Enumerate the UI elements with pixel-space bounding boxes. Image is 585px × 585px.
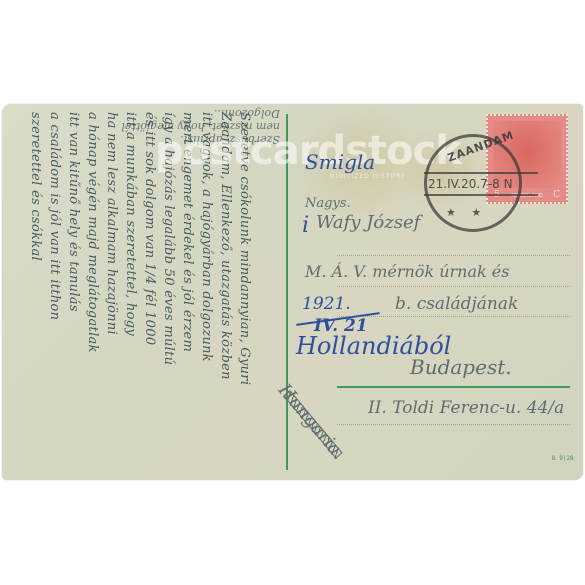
- address-line: [337, 424, 570, 425]
- message-line: a hónap végén majd meglátogatlak: [83, 112, 102, 474]
- message-line: a családom is jól van itt itthon: [45, 112, 64, 474]
- stamp-value-right: C: [553, 190, 560, 200]
- address-line: [337, 286, 570, 287]
- message-line: szeretettel és csókkal: [26, 112, 45, 474]
- address-line: [337, 255, 570, 256]
- message-line: ha nem lesz alkalmam hazajönni: [102, 112, 121, 474]
- address-underline: [337, 386, 570, 388]
- recipient-salutation: Nagys.: [305, 196, 351, 211]
- postmark-stars-icon: ★ ★: [446, 206, 487, 219]
- watermark-tagline: DIGITIZED HISTORY: [330, 173, 406, 180]
- postmark-date: 21.IV.20.7-8 N: [424, 172, 538, 196]
- ink-initial: i: [302, 213, 309, 238]
- recipient-family-line: b. családjának: [395, 294, 518, 314]
- print-code: B 9|28: [552, 455, 574, 462]
- recipient-city: Budapest.: [410, 355, 512, 379]
- ink-year: 1921.: [302, 294, 351, 314]
- message-line: itt a munkában szeretettel, hogy: [121, 112, 140, 474]
- address-line: [337, 316, 570, 317]
- ink-top-note: Smigla: [305, 150, 375, 174]
- message-line: itt van kitűnő hely és tanulás: [64, 112, 83, 474]
- recipient-name: Wafy József: [316, 212, 420, 233]
- recipient-street: II. Toldi Ferenc-u. 44/a: [368, 398, 564, 418]
- recipient-title-line: M. Á. V. mérnök úrnak és: [305, 262, 509, 281]
